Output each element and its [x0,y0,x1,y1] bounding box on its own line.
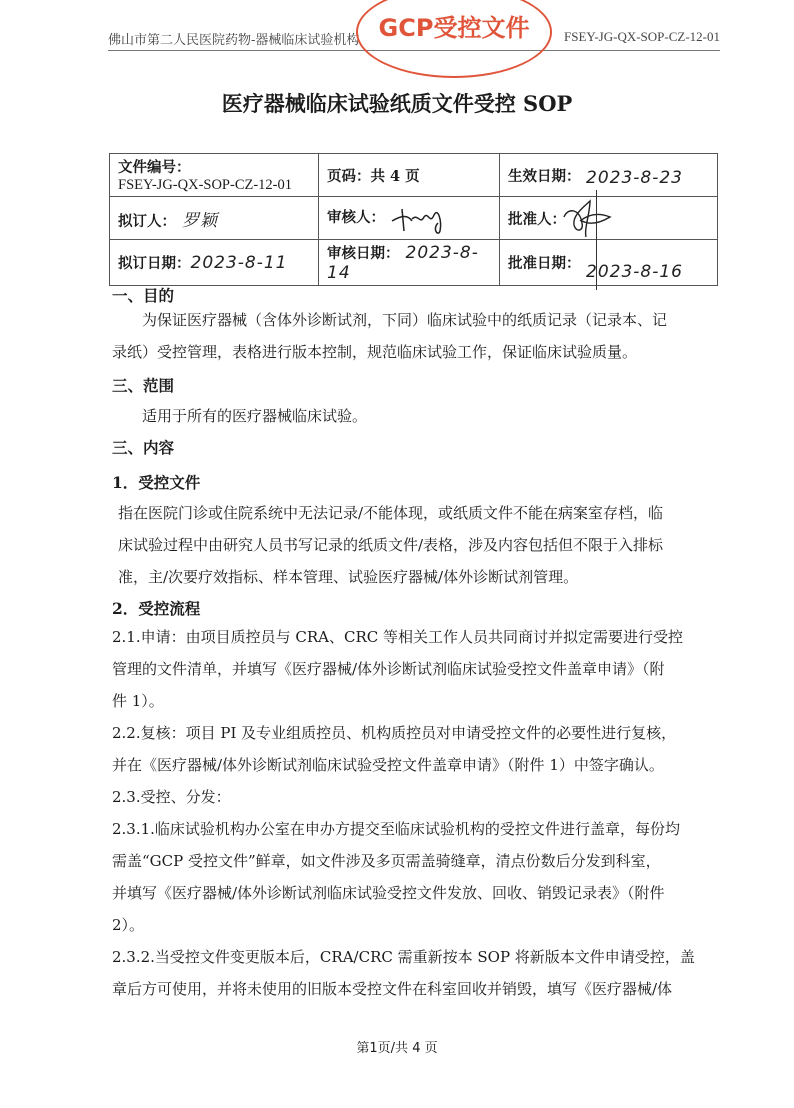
doc-number-label: 文件编号： [118,156,310,177]
meta-row: 拟订日期：2023-8-11 审核日期：2023-8-14 批准日期： 2023… [110,240,718,286]
reviewer-label: 审核人： [327,209,385,226]
effective-date-handwritten: 2023-8-23 [586,168,683,188]
paragraph-line: 并在《医疗器械/体外诊断试剂临床试验受控文件盖章申请》（附件 1）中签字确认。 [112,749,718,781]
paragraph-line: 指在医院门诊或住院系统中无法记录/不能体现，或纸质文件不能在病案室存档，临 [112,497,718,529]
section-heading-scope: 三、范围 [112,374,174,396]
header-doc-code: FSEY-JG-QX-SOP-CZ-12-01 [564,29,720,45]
page-indicator: 第1页/共 4 页 [0,1037,794,1056]
paragraph-line: 管理的文件清单，并填写《医疗器械/体外诊断试剂临床试验受控文件盖章申请》（附 [112,653,718,685]
approver-signature-icon [560,199,620,239]
drafter-cell: 拟订人：罗颖 [110,197,319,240]
page-count-cell: 页码：共 4 页 [319,154,500,197]
signature-pen-stroke [596,190,597,290]
paragraph-line: 2.3.受控、分发： [112,781,718,813]
section-heading-purpose: 一、目的 [112,284,174,306]
drafter-signature: 罗颖 [182,211,218,231]
reviewer-cell: 审核人： [319,197,500,240]
paragraph-line: 2.3.1.临床试验机构办公室在申办方提交至临床试验机构的受控文件进行盖章，每份… [112,813,718,845]
process-paragraphs: 2.1.申请：由项目质控员与 CRA、CRC 等相关工作人员共同商讨并拟定需要进… [112,621,718,1005]
purpose-paragraph: 为保证医疗器械（含体外诊断试剂，下同）临床试验中的纸质记录（记录本、记 录纸）受… [112,304,718,368]
approve-date-label: 批准日期： [508,255,581,272]
review-date-cell: 审核日期：2023-8-14 [319,240,500,286]
controlled-docs-paragraph: 指在医院门诊或住院系统中无法记录/不能体现，或纸质文件不能在病案室存档，临 床试… [112,497,718,593]
doc-number-value: FSEY-JG-QX-SOP-CZ-12-01 [118,177,310,194]
document-meta-table: 文件编号： FSEY-JG-QX-SOP-CZ-12-01 页码：共 4 页 生… [109,153,718,286]
reviewer-signature-icon [390,201,460,235]
effective-date-cell: 生效日期： 2023-8-23 [500,154,718,197]
approver-label: 批准人： [508,211,566,228]
document-title: 医疗器械临床试验纸质文件受控 SOP [0,88,794,118]
paragraph-line: 适用于所有的医疗器械临床试验。 [112,400,718,432]
paragraph-line: 床试验过程中由研究人员书写记录的纸质文件/表格，涉及内容包括但不限于入排标 [112,529,718,561]
approve-date-cell: 批准日期： 2023-8-16 [500,240,718,286]
subsection-heading-controlled-docs: 1．受控文件 [112,471,200,493]
paragraph-line: 为保证医疗器械（含体外诊断试剂，下同）临床试验中的纸质记录（记录本、记 [112,304,718,336]
stamp-text: GCP受控文件 [358,8,550,43]
paragraph-line: 2.1.申请：由项目质控员与 CRA、CRC 等相关工作人员共同商讨并拟定需要进… [112,621,718,653]
draft-date-handwritten: 2023-8-11 [191,253,288,273]
paragraph-line: 准，主/次要疗效指标、样本管理、试验医疗器械/体外诊断试剂管理。 [112,561,718,593]
approver-cell: 批准人： [500,197,718,240]
effective-date-label: 生效日期： [508,168,581,185]
meta-row: 拟订人：罗颖 审核人： 批准人： [110,197,718,240]
review-date-label: 审核日期： [327,245,400,262]
doc-number-cell: 文件编号： FSEY-JG-QX-SOP-CZ-12-01 [110,154,319,197]
paragraph-line: 章后方可使用，并将未使用的旧版本受控文件在科室回收并销毁，填写《医疗器械/体 [112,973,718,1005]
paragraph-line: 2.2.复核：项目 PI 及专业组质控员、机构质控员对申请受控文件的必要性进行复… [112,717,718,749]
subsection-heading-process: 2．受控流程 [112,597,200,619]
draft-date-label: 拟订日期： [118,255,191,272]
gcp-controlled-stamp: GCP受控文件 [356,0,552,78]
drafter-label: 拟订人： [118,213,176,230]
draft-date-cell: 拟订日期：2023-8-11 [110,240,319,286]
paragraph-line: 并填写《医疗器械/体外诊断试剂临床试验受控文件发放、回收、销毁记录表》（附件 [112,877,718,909]
approve-date-handwritten: 2023-8-16 [586,262,683,282]
paragraph-line: 件 1）。 [112,685,718,717]
paragraph-line: 2.3.2.当受控文件变更版本后，CRA/CRC 需重新按本 SOP 将新版本文… [112,941,718,973]
scope-paragraph: 适用于所有的医疗器械临床试验。 [112,400,718,432]
organization-name: 佛山市第二人民医院药物-器械临床试验机构 [108,29,359,48]
meta-row: 文件编号： FSEY-JG-QX-SOP-CZ-12-01 页码：共 4 页 生… [110,154,718,197]
paragraph-line: 需盖“GCP 受控文件”鲜章，如文件涉及多页需盖骑缝章，清点份数后分发到科室， [112,845,718,877]
page-count-label: 页码：共 4 页 [327,168,420,185]
paragraph-line: 录纸）受控管理，表格进行版本控制，规范临床试验工作，保证临床试验质量。 [112,336,718,368]
paragraph-line: 2）。 [112,909,718,941]
section-heading-content: 三、内容 [112,436,174,458]
